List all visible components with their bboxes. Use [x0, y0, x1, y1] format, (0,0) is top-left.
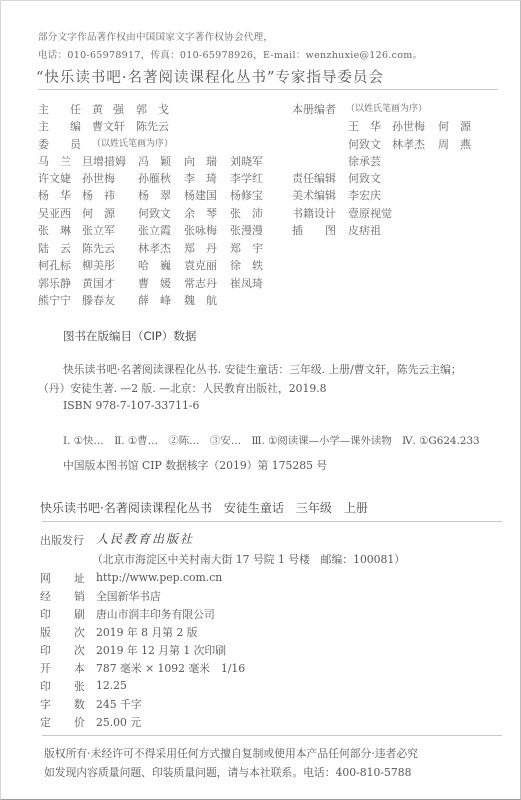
publisher-logo: 人民教育出版社	[96, 530, 194, 547]
detail-value-sheets: 12.25	[96, 679, 127, 692]
cip-line2: （丹）安徒生著. —2 版. —北京：人民教育出版社，2019.8	[38, 381, 327, 396]
cip-classification: Ⅰ. ①快… Ⅱ. ①曹… ②陈… ③安… Ⅲ. ①阅读课—小学—课外读物 Ⅳ.…	[63, 432, 480, 447]
detail-value-format: 787 毫米 × 1092 毫米 1/16	[96, 661, 245, 676]
detail-label-word-count-2: 数	[74, 697, 85, 712]
quality-contact: 如发现内容质量问题、印装质量问题，请与本社联系。电话：400-810-5788	[44, 765, 412, 780]
detail-label-website-2: 址	[74, 571, 85, 586]
detail-label-website: 网	[40, 571, 51, 586]
detail-label-edition-2: 次	[74, 625, 85, 640]
detail-label-edition: 版	[40, 625, 51, 640]
detail-label-distributor: 经	[40, 589, 51, 604]
detail-label-printing-2: 次	[74, 643, 85, 658]
cip-isbn: ISBN 978-7-107-33711-6	[63, 399, 199, 412]
detail-label-word-count: 字	[40, 697, 51, 712]
detail-label-printer-2: 刷	[74, 607, 85, 622]
detail-label-format-2: 本	[74, 661, 85, 676]
cip-title: 图书在版编目（CIP）数据	[63, 328, 196, 344]
detail-value-edition: 2019 年 8 月第 2 版	[96, 625, 198, 640]
book-title-divider	[42, 521, 502, 522]
publisher-label: 出版发行	[40, 532, 84, 548]
cip-record: 中国版本图书馆 CIP 数据核字（2019）第 175285 号	[63, 458, 327, 473]
detail-value-distributor: 全国新华书店	[96, 589, 161, 604]
detail-value-website: http://www.pep.com.cn	[96, 571, 222, 584]
agency-notice-line1: 部分文字作品著作权由中国国家文字著作权协会代理，	[38, 29, 273, 43]
book-title: 快乐读书吧·名著阅读课程化丛书 安徒生童话 三年级 上册	[40, 499, 368, 516]
publisher-address: （北京市海淀区中关村南大街 17 号院 1 号楼 邮编：100081）	[92, 552, 405, 567]
detail-label-distributor-2: 销	[74, 589, 85, 604]
detail-label-sheets: 印	[40, 679, 51, 694]
detail-label-sheets-2: 张	[74, 679, 85, 694]
detail-label-printing: 印	[40, 643, 51, 658]
detail-value-price: 25.00 元	[96, 715, 141, 730]
detail-label-printer: 印	[40, 607, 51, 622]
detail-label-price: 定	[40, 715, 51, 730]
committee-divider	[38, 89, 498, 90]
committee-title: “快乐读书吧·名著阅读课程化丛书”专家指导委员会	[36, 66, 384, 87]
detail-value-printing: 2019 年 12 月第 1 次印刷	[96, 643, 226, 658]
detail-value-word-count: 245 千字	[96, 697, 142, 712]
cip-line1: 快乐读书吧·名著阅读课程化丛书. 安徒生童话：三年级. 上册/曹文轩，陈先云主编…	[63, 362, 462, 377]
detail-value-printer: 唐山市润丰印务有限公司	[96, 607, 215, 622]
footer-divider	[42, 735, 502, 736]
agency-notice-line2: 电话：010-65978917，传真：010-65978926，E-mail：w…	[38, 47, 422, 61]
detail-label-format: 开	[40, 661, 51, 676]
copyright-notice: 版权所有·未经许可不得采用任何方式擅自复制或使用本产品任何部分·违者必究	[44, 746, 418, 761]
detail-label-price-2: 价	[74, 715, 85, 730]
